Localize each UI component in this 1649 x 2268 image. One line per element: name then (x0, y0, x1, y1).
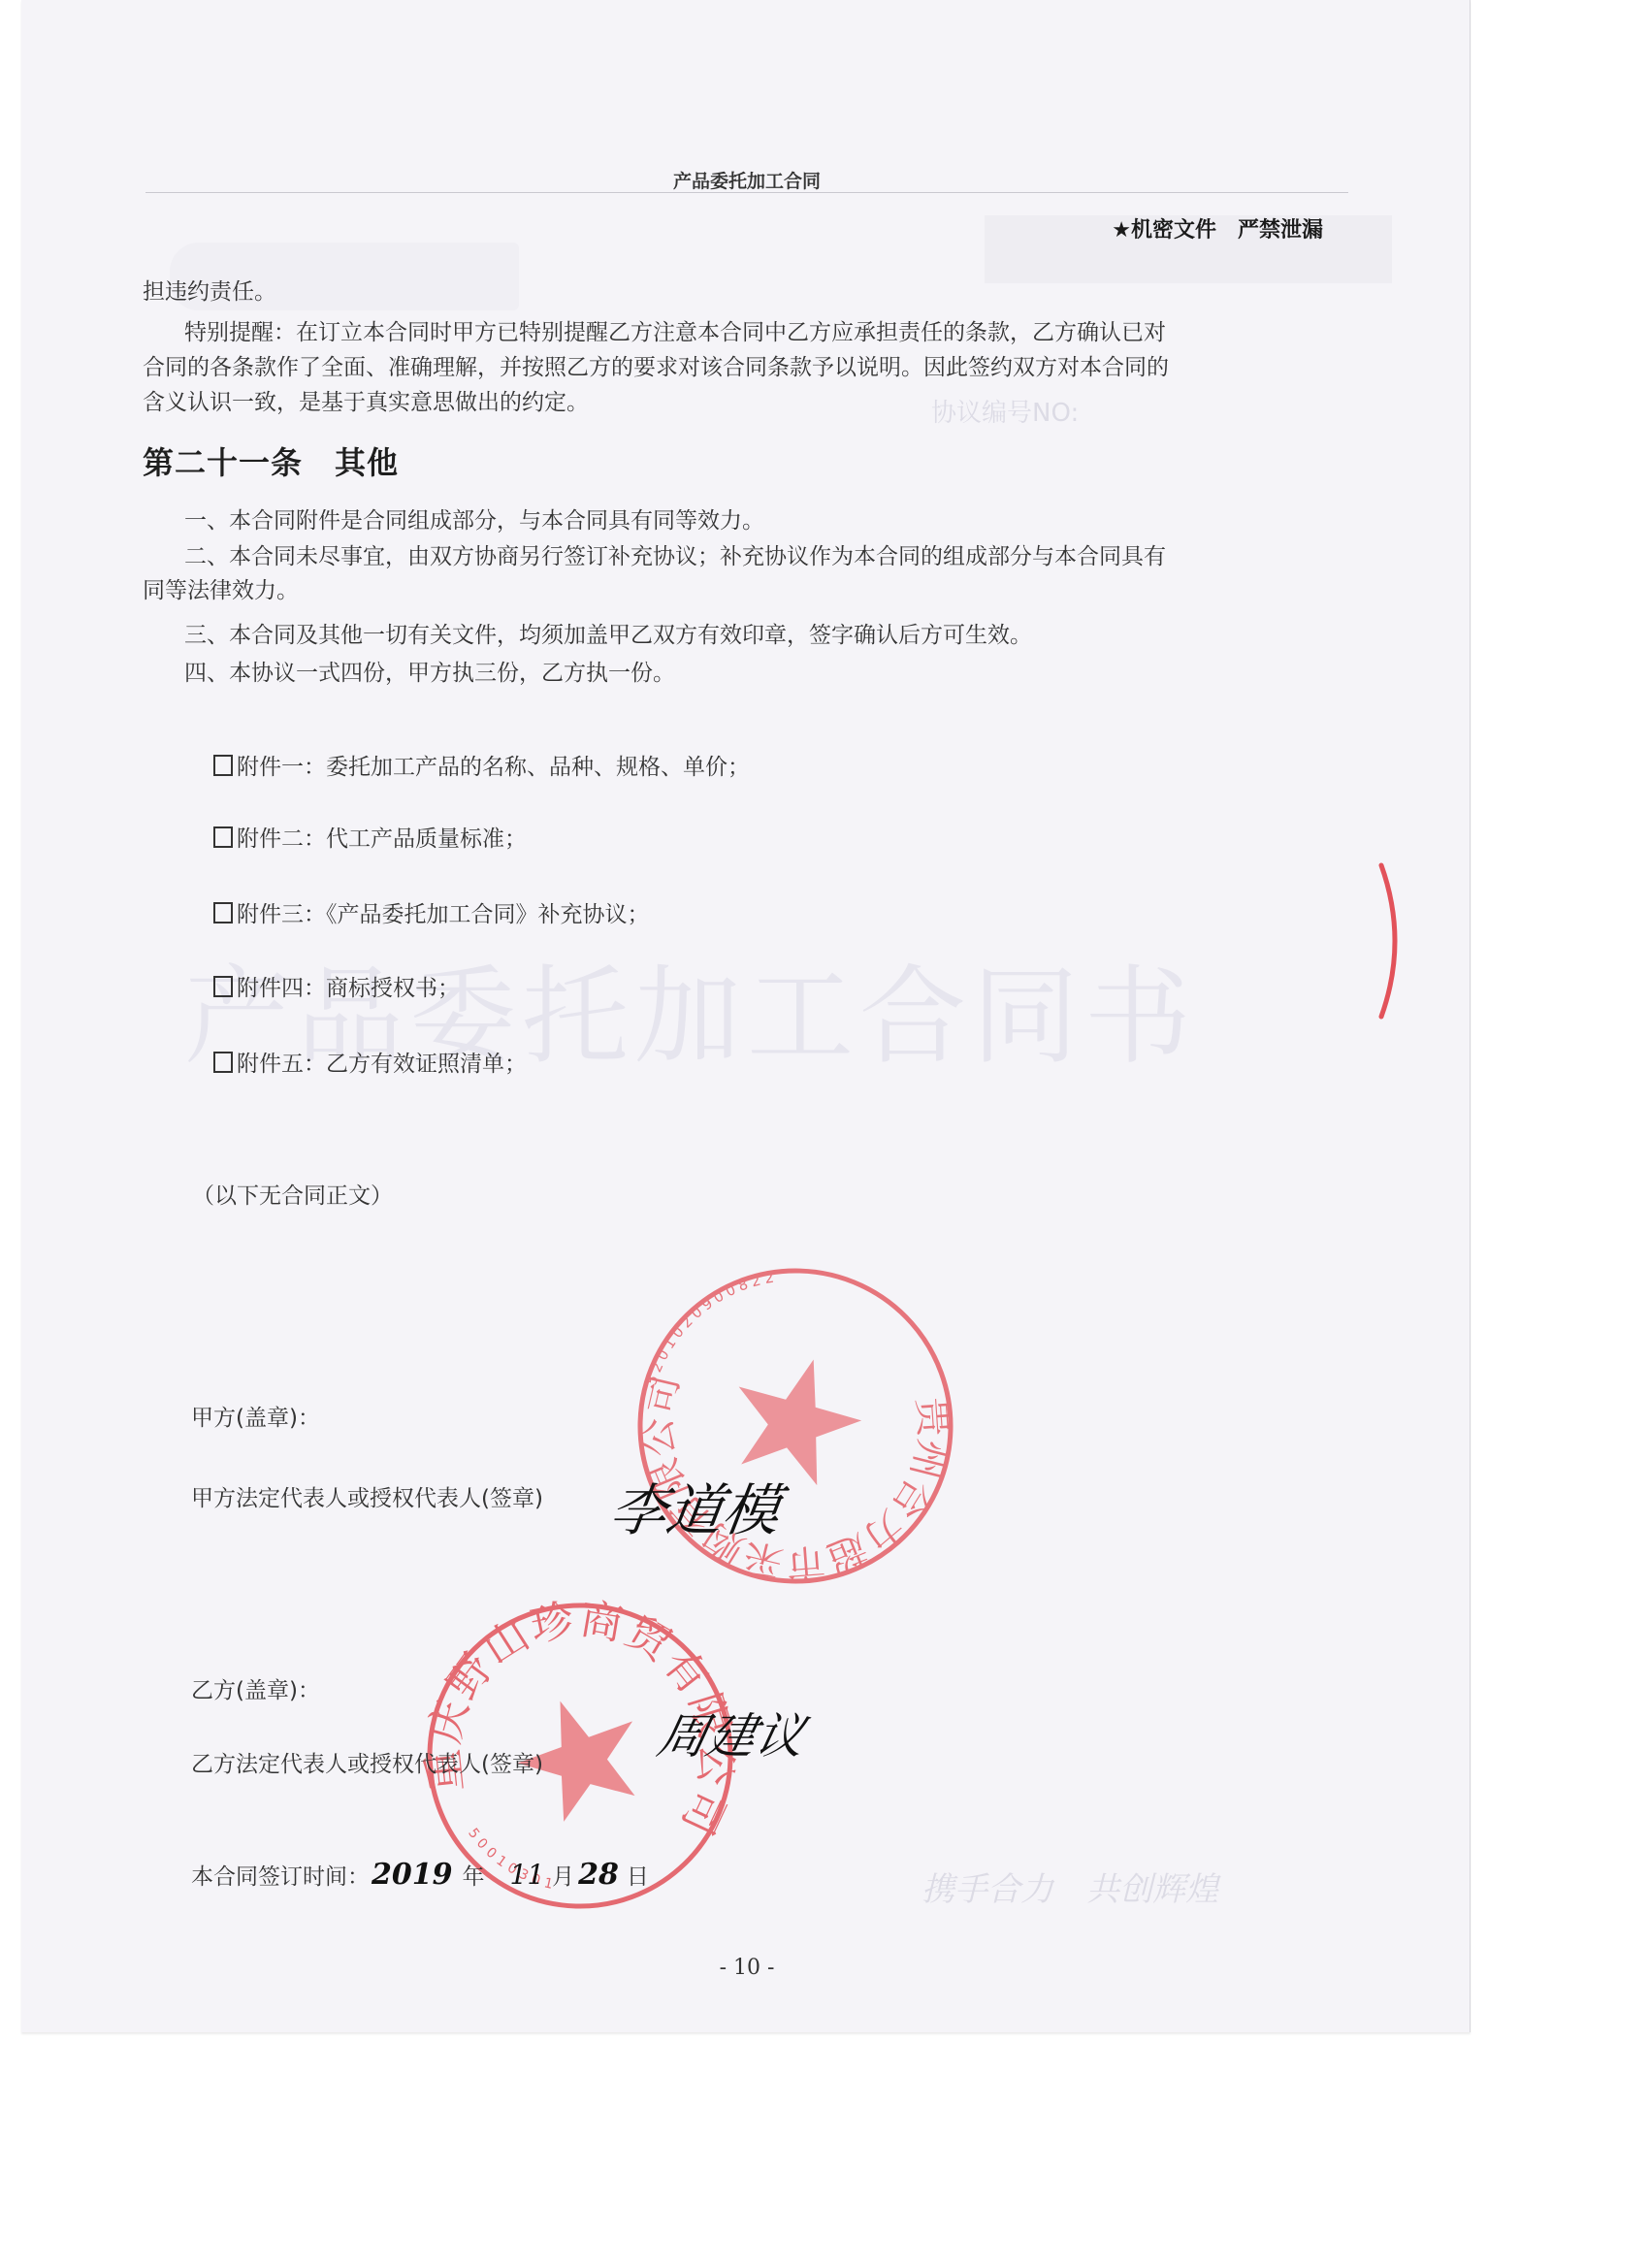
attachment-item-1: 附件一：委托加工产品的名称、品种、规格、单价； (213, 749, 750, 781)
sign-month: 11 (510, 1859, 545, 1891)
day-unit: 日 (627, 1859, 649, 1891)
party-b-signature: 周建议 (652, 1698, 812, 1767)
attachment-label: 附件三：《产品委托加工合同》补充协议； (237, 896, 650, 928)
confidential-mark: ★机密文件 严禁泄漏 (1112, 213, 1323, 243)
clause-2-continued: 同等法律效力。 (143, 572, 299, 604)
page-number: - 10 - (0, 1956, 1494, 1980)
sign-day: 28 (578, 1858, 619, 1892)
party-a-signature: 李道模 (605, 1465, 786, 1546)
special-notice-line-1: 特别提醒：在订立本合同时甲方已特别提醒乙方注意本合同中乙方应承担责任的条款，乙方… (184, 314, 1166, 346)
attachment-label: 附件四：商标授权书； (237, 970, 460, 1002)
attachment-label: 附件二：代工产品质量标准； (237, 821, 527, 853)
month-unit: 月 (552, 1859, 574, 1891)
attachment-item-5: 附件五：乙方有效证照清单； (213, 1046, 527, 1078)
party-a-rep-label: 甲方法定代表人或授权代表人(签章) (191, 1480, 543, 1512)
checkbox-icon[interactable] (213, 755, 233, 776)
party-b-seal-label: 乙方(盖章)： (191, 1672, 320, 1704)
checkbox-icon[interactable] (213, 976, 233, 997)
end-note: （以下无合同正文） (192, 1178, 393, 1210)
attachment-label: 附件一：委托加工产品的名称、品种、规格、单价； (237, 749, 750, 781)
clause-3: 三、本合同及其他一切有关文件，均须加盖甲乙双方有效印章，签字确认后方可生效。 (184, 617, 1032, 649)
bleed-through-agreement-no: 协议编号NO: (931, 393, 1079, 429)
header-rule (145, 192, 1348, 193)
attachment-label: 附件五：乙方有效证照清单； (237, 1046, 527, 1078)
year-unit: 年 (463, 1859, 485, 1891)
attachment-item-2: 附件二：代工产品质量标准； (213, 821, 527, 853)
attachment-item-4: 附件四：商标授权书； (213, 970, 460, 1002)
checkbox-icon[interactable] (213, 826, 233, 848)
running-header: 产品委托加工合同 (0, 167, 1494, 193)
special-notice-line-3: 含义认识一致，是基于真实意思做出的约定。 (143, 384, 589, 416)
sign-date-row: 本合同签订时间： 2019 年 11 月 28 日 (191, 1858, 649, 1892)
attachment-item-3: 附件三：《产品委托加工合同》补充协议； (213, 896, 650, 928)
clause-2: 二、本合同未尽事宜，由双方协商另行签订补充协议；补充协议作为本合同的组成部分与本… (184, 538, 1166, 570)
party-b-rep-label: 乙方法定代表人或授权代表人(签章) (191, 1746, 543, 1778)
special-notice-line-2: 合同的各条款作了全面、准确理解，并按照乙方的要求对该合同条款予以说明。因此签约双… (143, 349, 1169, 381)
clause-1: 一、本合同附件是合同组成部分，与本合同具有同等效力。 (184, 502, 764, 535)
party-a-seal-label: 甲方(盖章)： (191, 1400, 320, 1432)
section-heading: 第二十一条 其他 (143, 438, 399, 483)
sign-date-label: 本合同签订时间： (191, 1859, 370, 1891)
stamp-arc-fragment (1377, 854, 1416, 1028)
bleed-through-slogan: 携手合力 共创辉煌 (921, 1863, 1218, 1910)
sign-year: 2019 (372, 1858, 453, 1892)
clause-4: 四、本协议一式四份，甲方执三份，乙方执一份。 (184, 655, 675, 687)
checkbox-icon[interactable] (213, 1052, 233, 1073)
svg-text:5201020900822: 5201020900822 (620, 1264, 800, 1392)
checkbox-icon[interactable] (213, 902, 233, 923)
continuation-line: 担违约责任。 (143, 274, 276, 306)
